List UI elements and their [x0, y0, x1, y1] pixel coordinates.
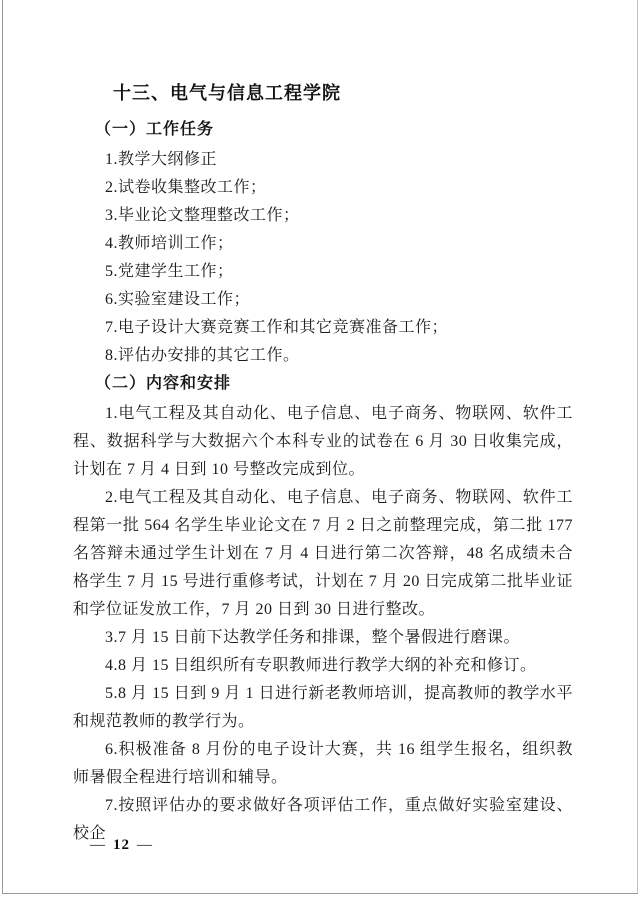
document-content: 十三、电气与信息工程学院 （一）工作任务 1.教学大纲修正 2.试卷收集整改工作…: [73, 0, 573, 848]
arrangement-paragraph-1: 1.电气工程及其自动化、电子信息、电子商务、物联网、软件工程、数据科学与大数据六…: [73, 400, 573, 484]
task-item-7: 7.电子设计大赛竞赛工作和其它竞赛准备工作；: [105, 314, 573, 342]
section-2-heading: （二）内容和安排: [95, 372, 573, 396]
arrangement-paragraph-2: 2.电气工程及其自动化、电子信息、电子商务、物联网、软件工程第一批 564 名学…: [73, 484, 573, 624]
page-scan-edge-left: [2, 0, 3, 894]
page-number-dash-right: —: [137, 837, 153, 853]
task-item-1: 1.教学大纲修正: [105, 146, 573, 174]
page-number-value: 12: [106, 837, 137, 853]
arrangement-paragraph-5: 5.8 月 15 日到 9 月 1 日进行新老教师培训，提高教师的教学水平和规范…: [73, 680, 573, 736]
task-item-5: 5.党建学生工作；: [105, 258, 573, 286]
task-item-6: 6.实验室建设工作；: [105, 286, 573, 314]
arrangement-paragraph-6: 6.积极准备 8 月份的电子设计大赛，共 16 组学生报名，组织教师暑假全程进行…: [73, 736, 573, 792]
task-item-8: 8.评估办安排的其它工作。: [105, 342, 573, 370]
task-item-4: 4.教师培训工作；: [105, 230, 573, 258]
task-list: 1.教学大纲修正 2.试卷收集整改工作； 3.毕业论文整理整改工作； 4.教师培…: [73, 146, 573, 370]
task-item-3: 3.毕业论文整理整改工作；: [105, 202, 573, 230]
page-number: —12—: [90, 836, 153, 854]
page-scan-edge-right: [637, 0, 638, 894]
arrangement-paragraph-3: 3.7 月 15 日前下达教学任务和排课，整个暑假进行磨课。: [73, 624, 573, 652]
document-page: 十三、电气与信息工程学院 （一）工作任务 1.教学大纲修正 2.试卷收集整改工作…: [0, 0, 641, 900]
page-title: 十三、电气与信息工程学院: [113, 82, 573, 104]
arrangement-paragraphs: 1.电气工程及其自动化、电子信息、电子商务、物联网、软件工程、数据科学与大数据六…: [73, 400, 573, 848]
page-number-dash-left: —: [90, 837, 106, 853]
arrangement-paragraph-4: 4.8 月 15 日组织所有专职教师进行教学大纲的补充和修订。: [73, 652, 573, 680]
section-1-heading: （一）工作任务: [95, 118, 573, 142]
page-scan-edge-bottom: [2, 893, 638, 894]
task-item-2: 2.试卷收集整改工作；: [105, 174, 573, 202]
